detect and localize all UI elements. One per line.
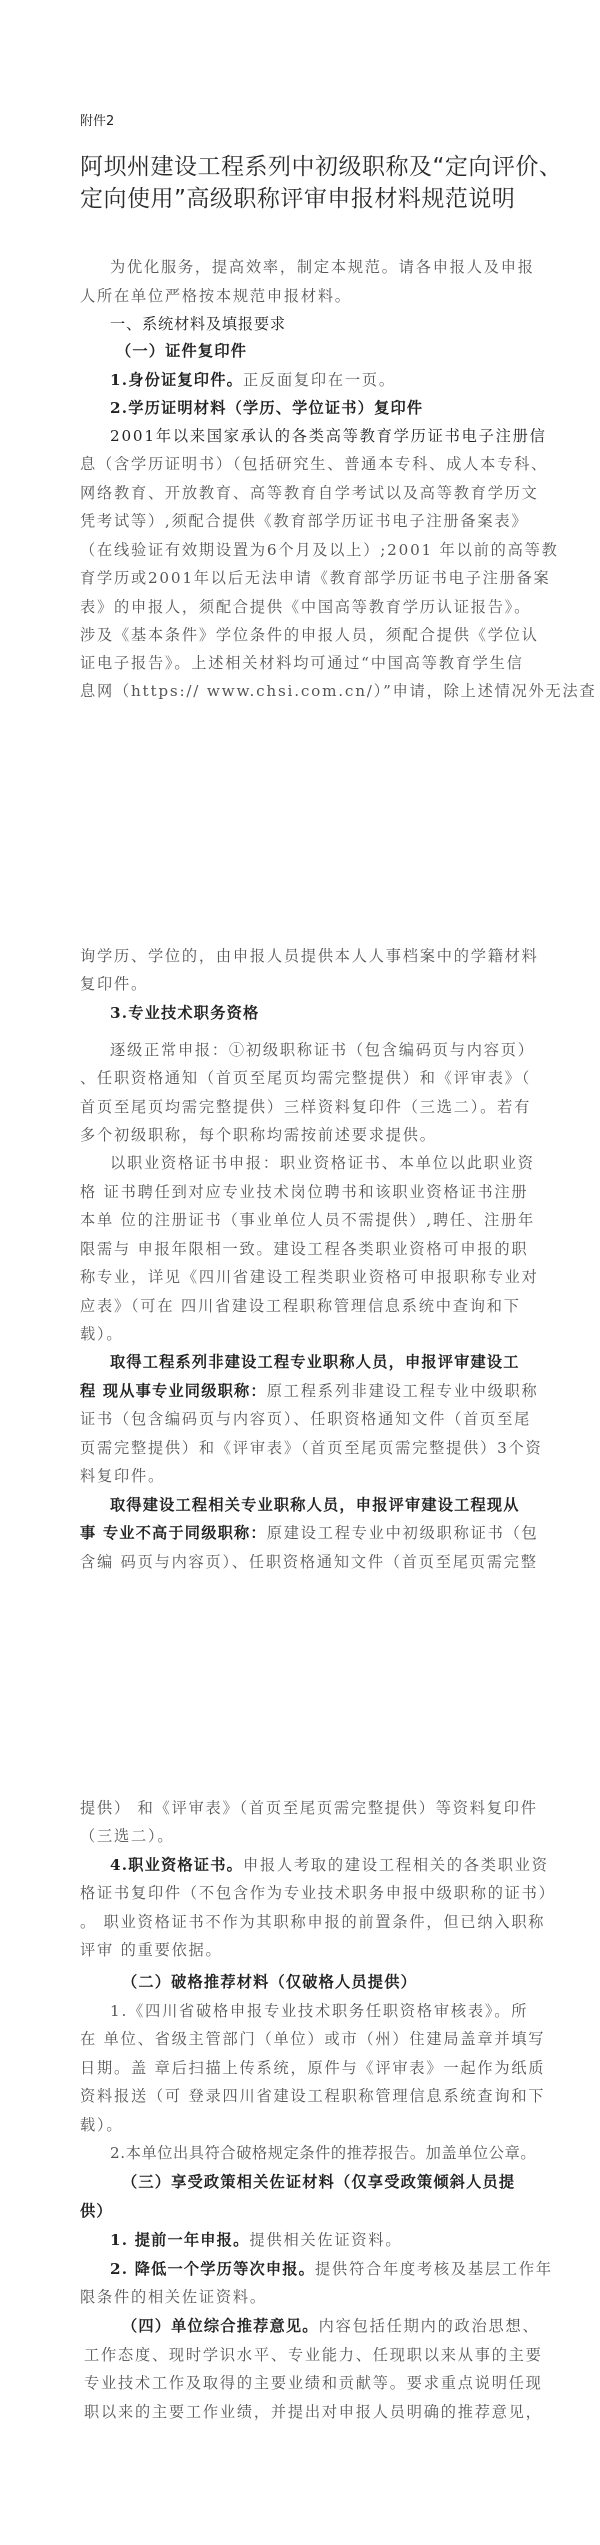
policy-item1: 1. 提前一年申报。提供相关佐证资料。	[110, 2230, 520, 2250]
qualification-para4-text: 原建设工程专业中初级职称证书（包	[267, 1524, 539, 1542]
qualification-para2-line: 格 证书聘任到对应专业技术岗位聘书和该职业资格证书注册	[80, 1182, 520, 1202]
qualification-para1-line: 逐级正常申报：①初级职称证书（包含编码页与内容页）	[110, 1040, 520, 1060]
education-para-line: 育学历或2001年以后无法申请《教育部学历证书电子注册备案	[80, 568, 520, 588]
policy-item2-title: 2. 降低一个学历等次申报。	[110, 2260, 315, 2278]
item-vocational-cert-text: 申报人考取的建设工程相关的各类职业资	[243, 1856, 549, 1874]
qualification-para3-line: 程 现从事专业同级职称：原工程系列非建设工程专业中级职称	[80, 1381, 520, 1401]
qualification-para4-line: 含编 码页与内容页）、任职资格通知文件（首页至尾页需完整	[80, 1552, 520, 1572]
item-id-copy-text: 正反面复印在一页。	[243, 371, 396, 389]
education-para-line: 网络教育、开放教育、高等教育自学考试以及高等教育学历文	[80, 483, 520, 503]
intro-line-2: 人所在单位严格按本规范申报材料。	[80, 286, 520, 306]
qualification-para4-line: 提供） 和《评审表》（首页至尾页需完整提供）等资料复印件	[80, 1798, 520, 1818]
vocational-cert-line: 格证书复印件（不包含作为专业技术职务申报中级职称的证书）	[80, 1883, 520, 1903]
qualification-para4-line: （三选二）。	[80, 1826, 520, 1846]
education-para-line: 表》的申报人，须配合提供《中国高等教育学历认证报告》。	[80, 597, 520, 617]
unit-recommendation-title: （四）单位综合推荐意见。	[122, 2317, 319, 2335]
qualification-para3-heading: 取得工程系列非建设工程专业职称人员，申报评审建设工	[110, 1352, 520, 1372]
exception-item1-line: 1.《四川省破格申报专业技术职务任职资格审核表》。所	[110, 2001, 520, 2021]
unit-recommendation-line: 职以来的主要工作业绩，并提出对申报人员明确的推荐意见，	[84, 2402, 524, 2422]
qualification-para2-line: 本单 位的注册证书（事业单位人员不需提供）,聘任、注册年	[80, 1210, 520, 1230]
education-para-line: 复印件。	[80, 974, 520, 994]
qualification-para2-line: 载）。	[80, 1324, 520, 1344]
policy-item1-text: 提供相关佐证资料。	[249, 2231, 402, 2249]
education-para-line: 凭考试等）,须配合提供《教育部学历证书电子注册备案表》	[80, 511, 520, 531]
education-para-line: 询学历、学位的，由申报人员提供本人人事档案中的学籍材料	[80, 946, 520, 966]
vocational-cert-line: 。 职业资格证书不作为其职称申报的前置条件，但已纳入职称	[80, 1912, 520, 1932]
qualification-para3-text: 原工程系列非建设工程专业中级职称	[267, 1382, 539, 1400]
policy-item2-text: 提供符合年度考核及基层工作年	[315, 2260, 553, 2278]
document-title-line-1: 阿坝州建设工程系列中初级职称及“定向评价、	[80, 152, 550, 182]
unit-recommendation-line: 工作态度、现时学识水平、专业能力、任现职以来从事的主要	[84, 2345, 524, 2365]
qualification-para3-line: 页需完整提供）和《评审表》（首页至尾页需完整提供）3个资	[80, 1438, 520, 1458]
qualification-para1-line: 首页至尾页均需完整提供）三样资料复印件（三选二）。若有	[80, 1097, 520, 1117]
qualification-para1-line: 多个初级职称，每个职称均需按前述要求提供。	[80, 1125, 520, 1145]
qualification-para2-line: 以职业资格证书申报：职业资格证书、本单位以此职业资	[110, 1153, 520, 1173]
qualification-para2-line: 称专业，详见《四川省建设工程类职业资格可申报职称专业对	[80, 1267, 520, 1287]
vocational-cert-line: 评审 的重要依据。	[80, 1940, 520, 1960]
unit-recommendation-text: 内容包括任期内的政治思想、	[319, 2317, 540, 2335]
policy-item1-title: 1. 提前一年申报。	[110, 2231, 249, 2249]
qualification-para4-heading-cont: 事 专业不高于同级职称：	[80, 1524, 267, 1542]
education-para-line: （在线验证有效期设置为6个月及以上）;2001 年以前的高等教	[80, 540, 520, 560]
exception-item1-line: 载）。	[80, 2115, 520, 2135]
qualification-para4-heading: 取得建设工程相关专业职称人员，申报评审建设工程现从	[110, 1495, 520, 1515]
qualification-para3-line: 证书（包含编码页与内容页）、任职资格通知文件（首页至尾	[80, 1409, 520, 1429]
qualification-para2-line: 应表》（可在 四川省建设工程职称管理信息系统中查询和下	[80, 1296, 520, 1316]
subsection-heading-4: （四）单位综合推荐意见。内容包括任期内的政治思想、	[122, 2316, 562, 2336]
qualification-para4-line: 事 专业不高于同级职称：原建设工程专业中初级职称证书（包	[80, 1523, 520, 1543]
subsection-heading-3: （三）享受政策相关佐证材料（仅享受政策倾斜人员提	[122, 2172, 562, 2192]
exception-item2: 2.本单位出具符合破格规定条件的推荐报告。加盖单位公章。	[110, 2143, 520, 2163]
policy-item2-line: 限条件的相关佐证资料。	[80, 2287, 520, 2307]
item-id-copy: 1.身份证复印件。正反面复印在一页。	[110, 370, 520, 390]
exception-item1-line: 日期。盖 章后扫描上传系统，原件与《评审表》一起作为纸质	[80, 2058, 520, 2078]
education-para-line: 2001年以来国家承认的各类高等教育学历证书电子注册信	[110, 426, 520, 446]
item-id-copy-title: 1.身份证复印件。	[110, 371, 243, 389]
item-title-qualification-heading: 3.专业技术职务资格	[110, 1003, 520, 1023]
education-para-line: 息网（https:// www.chsi.com.cn/）”申请，除上述情况外无…	[80, 681, 520, 701]
document-title-line-2: 定向使用”高级职称评审申报材料规范说明	[80, 184, 550, 214]
education-para-line: 涉及《基本条件》学位条件的申报人员，须配合提供《学位认	[80, 625, 520, 645]
subsection-heading-2: （二）破格推荐材料（仅破格人员提供）	[122, 1972, 562, 1992]
exception-item1-line: 在 单位、省级主管部门（单位）或市（州）住建局盖章并填写	[80, 2029, 520, 2049]
intro-line-1: 为优化服务，提高效率，制定本规范。请各申报人及申报	[110, 257, 520, 277]
item-vocational-cert: 4.职业资格证书。申报人考取的建设工程相关的各类职业资	[110, 1855, 520, 1875]
qualification-para1-line: 、任职资格通知（首页至尾页均需完整提供）和《评审表》（	[80, 1068, 520, 1088]
item-vocational-cert-title: 4.职业资格证书。	[110, 1856, 243, 1874]
item-education-heading: 2.学历证明材料（学历、学位证书）复印件	[110, 398, 520, 418]
qualification-para3-heading-cont: 程 现从事专业同级职称：	[80, 1382, 267, 1400]
annex-label: 附件2	[80, 110, 114, 129]
exception-item1-line: 资料报送（可 登录四川省建设工程职称管理信息系统查询和下	[80, 2086, 520, 2106]
education-para-line: 证电子报告》。上述相关材料均可通过“中国高等教育学生信	[80, 653, 520, 673]
section-heading-1: 一、系统材料及填报要求	[110, 314, 520, 334]
qualification-para2-line: 限需与 申报年限相一致。建设工程各类职业资格可申报的职	[80, 1239, 520, 1259]
unit-recommendation-line: 专业技术工作及取得的主要业绩和贡献等。要求重点说明任现	[84, 2373, 524, 2393]
policy-item2: 2. 降低一个学历等次申报。提供符合年度考核及基层工作年	[110, 2259, 520, 2279]
subsection-heading-1: （一）证件复印件	[116, 341, 526, 361]
subsection-heading-3-cont: 供）	[80, 2201, 520, 2221]
qualification-para3-line: 料复印件。	[80, 1466, 520, 1486]
education-para-line: 息（含学历证明书）（包括研究生、普通本专科、成人本专科、	[80, 454, 520, 474]
